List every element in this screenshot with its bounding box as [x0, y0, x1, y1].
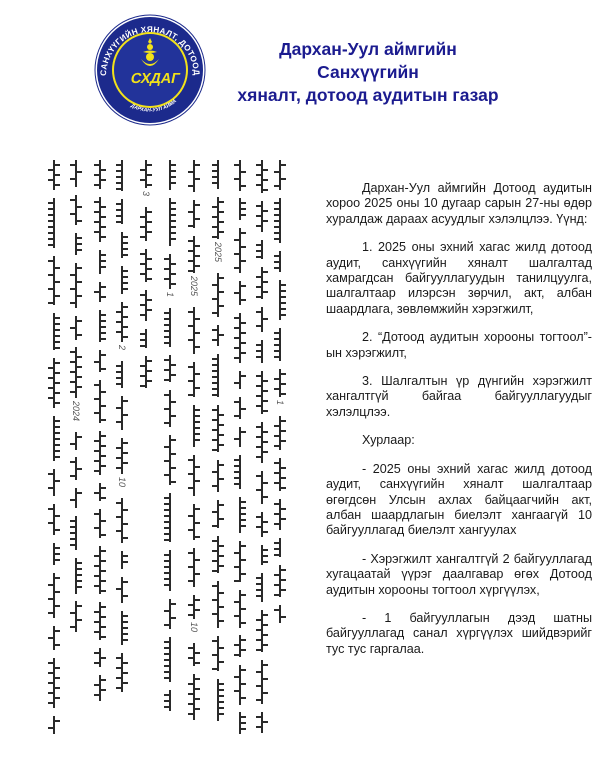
agency-logo: САНХҮҮГИЙН ХЯНАЛТ, ДОТООД АУДИТЫН ГАЗАР …: [94, 14, 206, 126]
mongolian-column: 202510: [186, 160, 202, 742]
page-title: Дархан-Уул аймгийн Санхүүгийн хяналт, до…: [232, 38, 504, 107]
body-paragraph: 3. Шалгалтын үр дүнгийн хэрэгжилт хангал…: [326, 374, 592, 420]
mongolian-column: 1: [162, 160, 178, 742]
mongolian-column: 2024: [68, 160, 84, 640]
body-paragraph: 1. 2025 оны эхний хагас жилд дотоод ауди…: [326, 240, 592, 317]
body-paragraph: - 1 байгууллагын дээд шатны байгууллагад…: [326, 611, 592, 657]
mongolian-numeral: 2: [117, 345, 127, 350]
mongolian-numeral: 1: [165, 292, 175, 297]
body-paragraph: Хурлаар:: [326, 433, 592, 448]
article-body: Дархан-Уул аймгийн Дотоод аудитын хороо …: [326, 181, 592, 670]
body-paragraph: Дархан-Уул аймгийн Дотоод аудитын хороо …: [326, 181, 592, 227]
body-paragraph: - 2025 оны эхний хагас жилд дотоод аудит…: [326, 462, 592, 539]
mongolian-column: 3: [138, 160, 154, 412]
mongolian-numeral: 3: [141, 191, 151, 196]
mongolian-numeral: 10: [189, 622, 199, 632]
mongolian-numeral: 1: [275, 400, 285, 405]
title-line-1: Дархан-Уул аймгийн Санхүүгийн: [232, 38, 504, 84]
logo-emblem-text: СХДАГ: [129, 71, 182, 87]
mongolian-numeral: 10: [117, 477, 127, 487]
mongolian-column: 2025: [210, 160, 226, 742]
mongolian-column: [254, 160, 270, 742]
body-paragraph: 2. “Дотоод аудитын хорооны тогтоол”-ын х…: [326, 330, 592, 361]
mongolian-numeral: 2025: [189, 276, 199, 296]
mongolian-column: [46, 160, 62, 742]
body-paragraph: - Хэрэгжилт хангалтгүй 2 байгууллагад ху…: [326, 552, 592, 598]
title-line-2: хяналт, дотоод аудитын газар: [232, 84, 504, 107]
mongolian-numeral: 2025: [213, 242, 223, 262]
mongolian-column: 1: [272, 160, 288, 640]
mongolian-script-text: 20242103120251020251: [40, 160, 290, 760]
mongolian-column: 210: [114, 160, 130, 742]
mongolian-column: [232, 160, 248, 742]
mongolian-numeral: 2024: [71, 401, 81, 421]
mongolian-column: [92, 160, 108, 718]
